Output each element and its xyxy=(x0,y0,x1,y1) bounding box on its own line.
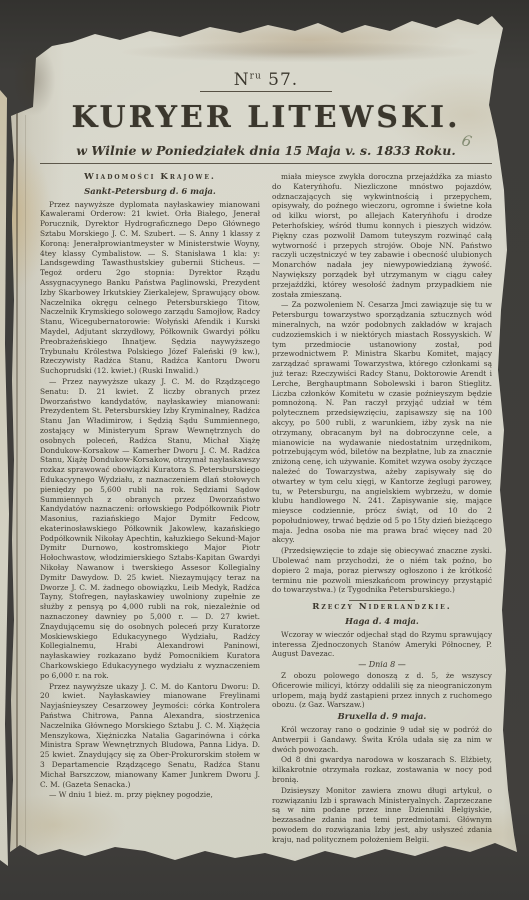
issue-number: Nru 57. xyxy=(40,70,492,90)
section-rule xyxy=(349,600,415,601)
left-paragraph: Przez naywyższe dyplomata nayłaskawiey m… xyxy=(40,200,260,376)
dateline-petersburg: Sankt-Petersburg d. 6 maja. xyxy=(40,187,260,197)
page-content: Nru 57. KURYER LITEWSKI. w Wilnie w Poni… xyxy=(40,70,492,844)
issue-prefix: N xyxy=(234,70,250,90)
left-paragraph: Przez naywyższe ukazy J. C. M. do Kantor… xyxy=(40,682,260,790)
right-paragraph: Od 8 dni gwardya narodowa w koszarach S.… xyxy=(272,755,492,784)
masthead-rule xyxy=(40,163,492,164)
fold-crease-secondary xyxy=(25,115,26,850)
right-column: miała mieysce zwykła doroczna przejaźdźk… xyxy=(272,172,492,844)
text-columns: Wiadomości Krajowe. Sankt-Petersburg d. … xyxy=(40,172,492,844)
left-paragraph: — Przez naywyższe ukazy J. C. M. do Rząd… xyxy=(40,377,260,681)
newspaper-title: KURYER LITEWSKI. xyxy=(40,100,492,135)
section-heading-domestic-news: Wiadomości Krajowe. xyxy=(40,173,260,183)
left-column: Wiadomości Krajowe. Sankt-Petersburg d. … xyxy=(40,172,260,844)
dateline-haga: Haga d. 4 maja. xyxy=(272,617,492,627)
right-paragraph: Król wczoray rano o godzinie 9 udał się … xyxy=(272,725,492,754)
sub-dateline-dnia-8: — Dnia 8 — xyxy=(272,660,492,670)
right-paragraph: Z obozu polowego donoszą z d. 5, że wszy… xyxy=(272,671,492,710)
left-paragraph: — W dniu 1 bież. m. przy piękney pogodzi… xyxy=(40,790,260,800)
masthead-dateline: w Wilnie w Poniedziałek dnia 15 Maja v. … xyxy=(40,143,492,158)
right-paragraph: Wczoray w wieczór odjechał stąd do Rzymu… xyxy=(272,630,492,659)
adjacent-page-edge xyxy=(0,84,11,870)
newspaper-page: Nru 57. KURYER LITEWSKI. w Wilnie w Poni… xyxy=(0,0,529,900)
issue-rule xyxy=(200,91,332,92)
dateline-bruxella: Bruxella d. 9 maja. xyxy=(272,712,492,722)
issue-superscript: ru xyxy=(250,71,262,81)
issue-digits: 57. xyxy=(268,70,298,90)
right-paragraph: (Przedsięwzięcie to zdaje się obiecywać … xyxy=(272,546,492,595)
right-paragraph: miała mieysce zwykła doroczna przejaźdźk… xyxy=(272,172,492,299)
section-heading-netherlands: Rzeczy Niderlandzkie. xyxy=(272,603,492,613)
right-paragraph: Dzisieyszy Monitor zawiera znowu długi a… xyxy=(272,786,492,844)
right-paragraph: — Za pozwoleniem N. Cesarza Jmci zawiązu… xyxy=(272,300,492,545)
fold-crease xyxy=(16,110,18,852)
